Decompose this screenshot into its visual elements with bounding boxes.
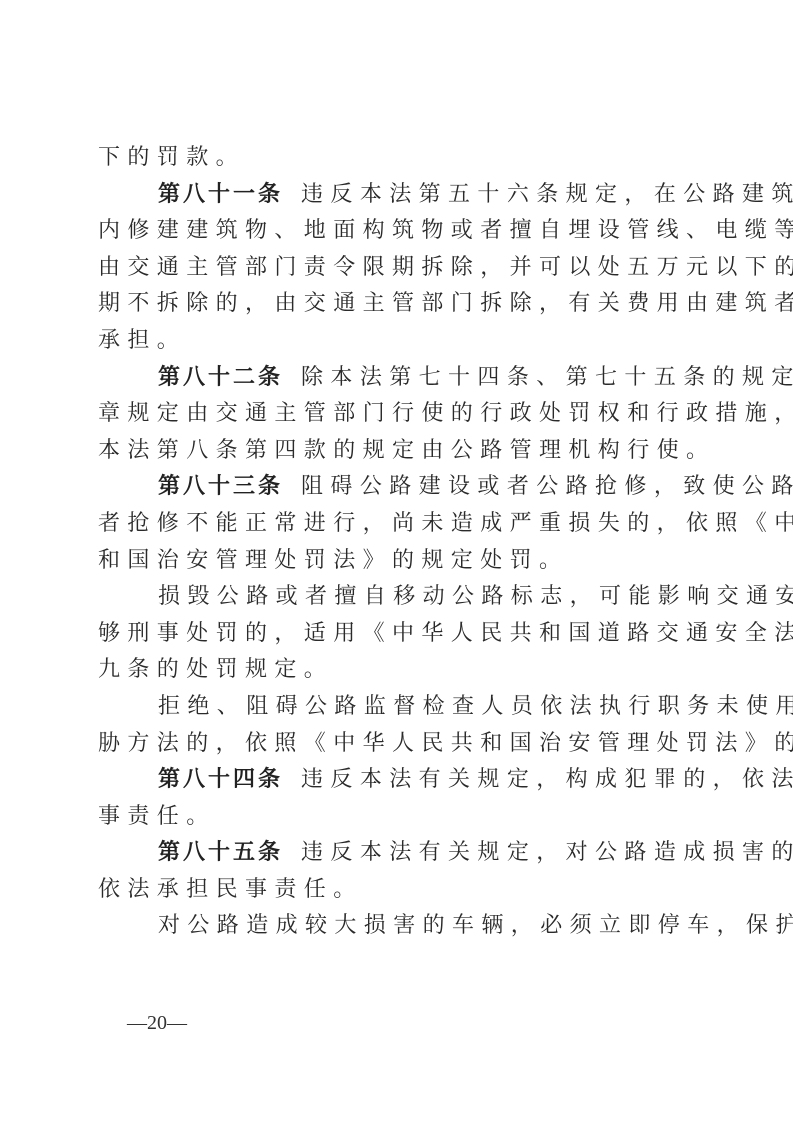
article-line: 第八十五条违反本法有关规定，对公路造成损害的，应当: [98, 835, 702, 872]
line-text: 阻碍公路建设或者公路抢修，致使公路建设或: [301, 474, 793, 499]
line-text: 违反本法第五十六条规定，在公路建筑控制区: [301, 182, 793, 207]
article-line: 第八十二条除本法第七十四条、第七十五条的规定外，本: [98, 360, 702, 397]
line-text: 损毁公路或者擅自移动公路标志，可能影响交通安全，尚不: [158, 584, 793, 609]
line-text: 违反本法有关规定，构成犯罪的，依法追究刑: [301, 767, 793, 792]
text-line: 章规定由交通主管部门行使的行政处罚权和行政措施，可以依照: [98, 396, 702, 433]
line-text: 九条的处罚规定。: [98, 657, 333, 682]
text-line: 和国治安管理处罚法》的规定处罚。: [98, 543, 702, 580]
article-line: 第八十四条违反本法有关规定，构成犯罪的，依法追究刑: [98, 762, 702, 799]
document-page-body: 下的罚款。 第八十一条违反本法第五十六条规定，在公路建筑控制区 内修建建筑物、地…: [98, 140, 702, 945]
line-text: 者抢修不能正常进行，尚未造成严重损失的，依照《中华人民共: [98, 511, 793, 536]
line-text: 下的罚款。: [98, 145, 245, 170]
text-line: 依法承担民事责任。: [98, 872, 702, 909]
article-number: 第八十一条: [158, 182, 283, 207]
article-number: 第八十五条: [158, 840, 283, 865]
article-number: 第八十二条: [158, 365, 283, 390]
line-text: 内修建建筑物、地面构筑物或者擅自埋设管线、电缆等设施的，: [98, 218, 793, 243]
text-line: 者抢修不能正常进行，尚未造成严重损失的，依照《中华人民共: [98, 506, 702, 543]
text-line: 事责任。: [98, 799, 702, 836]
article-line: 第八十一条违反本法第五十六条规定，在公路建筑控制区: [98, 177, 702, 214]
text-line: 期不拆除的，由交通主管部门拆除，有关费用由建筑者、构筑者: [98, 286, 702, 323]
text-line: 下的罚款。: [98, 140, 702, 177]
article-number: 第八十四条: [158, 767, 283, 792]
text-line: 本法第八条第四款的规定由公路管理机构行使。: [98, 433, 702, 470]
text-line: 九条的处罚规定。: [98, 652, 702, 689]
line-text: 拒绝、阻碍公路监督检查人员依法执行职务未使用暴力、威: [158, 694, 793, 719]
paragraph-line: 损毁公路或者擅自移动公路标志，可能影响交通安全，尚不: [98, 579, 702, 616]
line-text: 对公路造成较大损害的车辆，必须立即停车，保护现场，报: [158, 913, 793, 938]
paragraph-line: 对公路造成较大损害的车辆，必须立即停车，保护现场，报: [98, 908, 702, 945]
paragraph-line: 拒绝、阻碍公路监督检查人员依法执行职务未使用暴力、威: [98, 689, 702, 726]
line-text: 期不拆除的，由交通主管部门拆除，有关费用由建筑者、构筑者: [98, 291, 793, 316]
line-text: 违反本法有关规定，对公路造成损害的，应当: [301, 840, 793, 865]
line-text: 除本法第七十四条、第七十五条的规定外，本: [301, 365, 793, 390]
text-line: 够刑事处罚的，适用《中华人民共和国道路交通安全法》第九十: [98, 616, 702, 653]
text-line: 胁方法的，依照《中华人民共和国治安管理处罚法》的规定处罚。: [98, 726, 702, 763]
text-line: 由交通主管部门责令限期拆除，并可以处五万元以下的罚款。逾: [98, 250, 702, 287]
line-text: 本法第八条第四款的规定由公路管理机构行使。: [98, 438, 715, 463]
line-text: 承担。: [98, 328, 186, 353]
article-number: 第八十三条: [158, 474, 283, 499]
line-text: 和国治安管理处罚法》的规定处罚。: [98, 548, 568, 573]
text-line: 承担。: [98, 323, 702, 360]
line-text: 事责任。: [98, 804, 216, 829]
page-number: —20—: [127, 1012, 187, 1035]
line-text: 依法承担民事责任。: [98, 877, 363, 902]
line-text: 胁方法的，依照《中华人民共和国治安管理处罚法》的规定处罚。: [98, 731, 793, 756]
text-line: 内修建建筑物、地面构筑物或者擅自埋设管线、电缆等设施的，: [98, 213, 702, 250]
article-line: 第八十三条阻碍公路建设或者公路抢修，致使公路建设或: [98, 469, 702, 506]
line-text: 由交通主管部门责令限期拆除，并可以处五万元以下的罚款。逾: [98, 255, 793, 280]
line-text: 章规定由交通主管部门行使的行政处罚权和行政措施，可以依照: [98, 401, 793, 426]
line-text: 够刑事处罚的，适用《中华人民共和国道路交通安全法》第九十: [98, 621, 793, 646]
